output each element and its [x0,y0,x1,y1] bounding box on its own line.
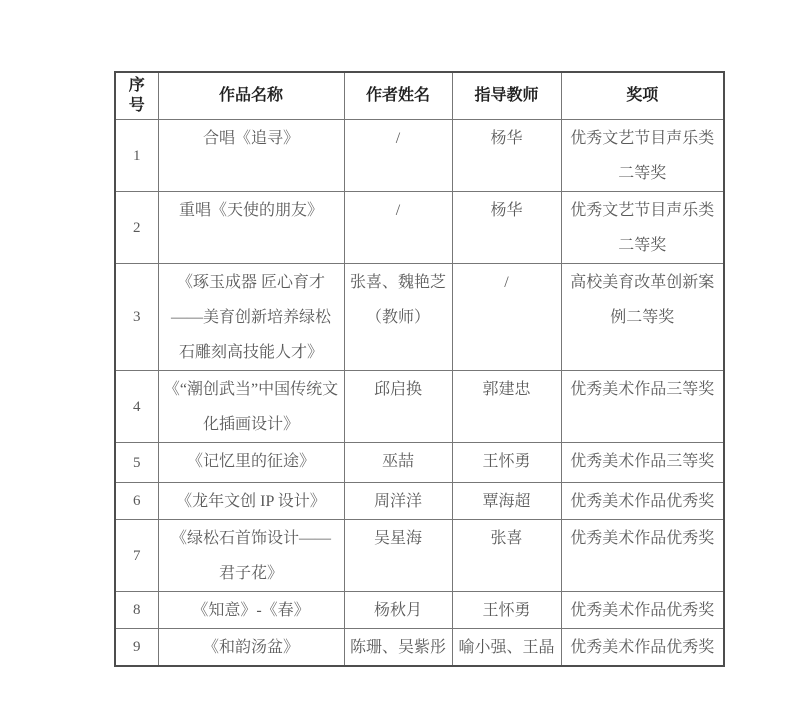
cell-award: 优秀美术作品优秀奖 [561,628,724,666]
cell-author: 杨秋月 [344,591,452,628]
cell-title: 《琢玉成器 匠心育才——美育创新培养绿松石雕刻高技能人才》 [158,263,344,370]
cell-author: 巫喆 [344,442,452,482]
cell-award: 优秀美术作品三等奖 [561,442,724,482]
cell-no: 1 [115,119,158,191]
cell-teacher: 王怀勇 [452,442,561,482]
cell-teacher: 郭建忠 [452,370,561,442]
header-cell-title: 作品名称 [158,72,344,119]
table-row: 2 重唱《天使的朋友》 / 杨华 优秀文艺节目声乐类二等奖 [115,191,724,263]
cell-author: / [344,119,452,191]
table-row: 1 合唱《追寻》 / 杨华 优秀文艺节目声乐类二等奖 [115,119,724,191]
cell-teacher: / [452,263,561,370]
cell-no: 2 [115,191,158,263]
cell-no: 4 [115,370,158,442]
table-row: 8 《知意》-《春》 杨秋月 王怀勇 优秀美术作品优秀奖 [115,591,724,628]
cell-title: 《“潮创武当”中国传统文化插画设计》 [158,370,344,442]
cell-author: 吴星海 [344,519,452,591]
cell-author: / [344,191,452,263]
cell-award: 优秀文艺节目声乐类二等奖 [561,119,724,191]
cell-teacher: 覃海超 [452,482,561,519]
cell-teacher: 杨华 [452,119,561,191]
cell-award: 优秀美术作品优秀奖 [561,591,724,628]
cell-author: 陈珊、吴紫彤 [344,628,452,666]
cell-award: 优秀美术作品优秀奖 [561,519,724,591]
cell-no: 7 [115,519,158,591]
cell-teacher: 喻小强、王晶 [452,628,561,666]
document-page: 序号 作品名称 作者姓名 指导教师 奖项 1 合唱《追寻》 / 杨华 优秀文艺节… [0,0,800,709]
table-header-row: 序号 作品名称 作者姓名 指导教师 奖项 [115,72,724,119]
cell-title: 《龙年文创 IP 设计》 [158,482,344,519]
cell-no: 5 [115,442,158,482]
table-row: 9 《和韵汤盆》 陈珊、吴紫彤 喻小强、王晶 优秀美术作品优秀奖 [115,628,724,666]
table-row: 6 《龙年文创 IP 设计》 周洋洋 覃海超 优秀美术作品优秀奖 [115,482,724,519]
cell-author: 张喜、魏艳芝（教师） [344,263,452,370]
cell-teacher: 王怀勇 [452,591,561,628]
cell-no: 9 [115,628,158,666]
table-row: 5 《记忆里的征途》 巫喆 王怀勇 优秀美术作品三等奖 [115,442,724,482]
cell-title: 《和韵汤盆》 [158,628,344,666]
header-cell-author: 作者姓名 [344,72,452,119]
awards-table: 序号 作品名称 作者姓名 指导教师 奖项 1 合唱《追寻》 / 杨华 优秀文艺节… [114,71,725,667]
cell-award: 优秀美术作品优秀奖 [561,482,724,519]
cell-no: 6 [115,482,158,519]
cell-title: 《记忆里的征途》 [158,442,344,482]
cell-award: 高校美育改革创新案例二等奖 [561,263,724,370]
cell-teacher: 张喜 [452,519,561,591]
header-cell-award: 奖项 [561,72,724,119]
cell-teacher: 杨华 [452,191,561,263]
cell-author: 周洋洋 [344,482,452,519]
cell-title: 《知意》-《春》 [158,591,344,628]
table-row: 4 《“潮创武当”中国传统文化插画设计》 邱启换 郭建忠 优秀美术作品三等奖 [115,370,724,442]
table-row: 3 《琢玉成器 匠心育才——美育创新培养绿松石雕刻高技能人才》 张喜、魏艳芝（教… [115,263,724,370]
header-cell-no: 序号 [115,72,158,119]
header-cell-teacher: 指导教师 [452,72,561,119]
cell-author: 邱启换 [344,370,452,442]
cell-no: 3 [115,263,158,370]
cell-title: 重唱《天使的朋友》 [158,191,344,263]
cell-award: 优秀文艺节目声乐类二等奖 [561,191,724,263]
cell-title: 合唱《追寻》 [158,119,344,191]
cell-title: 《绿松石首饰设计——君子花》 [158,519,344,591]
cell-award: 优秀美术作品三等奖 [561,370,724,442]
table-row: 7 《绿松石首饰设计——君子花》 吴星海 张喜 优秀美术作品优秀奖 [115,519,724,591]
cell-no: 8 [115,591,158,628]
